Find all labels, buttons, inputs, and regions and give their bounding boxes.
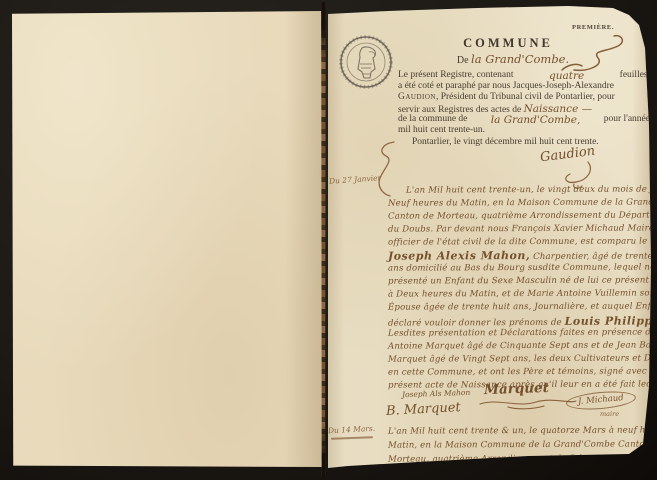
- michaud-signature-oval: J. Michaud: [565, 389, 636, 412]
- manuscript-line: Canton de Morteau, quatrième Arrondissem…: [388, 210, 657, 221]
- manuscript-line: du Doubs. Par devant nous François Xavie…: [388, 223, 657, 234]
- act-bracket-flourish-icon: [374, 138, 400, 198]
- manuscript-line: officier de l'état civil de la dite Comm…: [388, 236, 657, 247]
- preamble-text: , Président du Tribunal civil de Pontarl…: [436, 92, 615, 102]
- manuscript-line: L'an Mil huit cent trente & un, le quato…: [388, 425, 657, 436]
- left-page-blank: [12, 11, 322, 467]
- marquet-signature: Marquet: [484, 380, 549, 398]
- manuscript-line: Morteau, quatrième Arrondissement du Dép…: [388, 453, 657, 464]
- b-marquet-signature: B. Marquet: [386, 400, 461, 419]
- manuscript-line: Lesdites présentation et Déclarations fa…: [388, 327, 657, 338]
- preamble-text: feuilles,: [620, 70, 650, 82]
- mahon-signature: Joseph Als Mahon: [402, 388, 470, 399]
- royal-stamp-icon: [338, 34, 394, 90]
- manuscript-line: Neuf heures du Matin, en la Maison Commu…: [388, 197, 657, 208]
- preamble-line: Gaudion, Président du Tribunal civil de …: [398, 92, 615, 102]
- commune-name-printed: De: [457, 55, 469, 66]
- michaud-title: maire: [600, 410, 619, 418]
- manuscript-line: L'an Mil huit cent trente-un, le vingt d…: [406, 184, 657, 195]
- right-page: PREMIÈRE. COMMUNE De la Grand'Combe. Le …: [328, 6, 652, 470]
- preamble-line: mil huit cent trente-un.: [398, 125, 485, 135]
- manuscript-line: ans domicilié au Bas du Bourg susdite Co…: [388, 262, 657, 273]
- manuscript-line: à Deux heures du Matin, et de Marie Anto…: [388, 288, 655, 299]
- commune-title: COMMUNE: [408, 36, 608, 51]
- margin-note-underline: [331, 436, 373, 439]
- michaud-signature: J. Michaud: [565, 389, 636, 412]
- judge-name: Gaudion: [398, 92, 436, 102]
- manuscript-line: Joseph Alexis Mahon, Charpentier, âgé de…: [388, 248, 657, 262]
- commune-name-handwritten: la Grand'Combe.: [471, 52, 569, 66]
- manuscript-text: Charpentier, âgé de trente neuf: [533, 251, 657, 262]
- manuscript-line: Antoine Marquet âgé de Cinquante Sept an…: [388, 340, 657, 351]
- preamble-text: pour l'année: [604, 114, 650, 126]
- manuscript-line: Marquet âgé de Vingt Sept ans, les deux …: [388, 353, 657, 364]
- manuscript-line: Matin, en la Maison Commune de la Grand'…: [388, 439, 657, 450]
- child-name: Louis Philippe: [565, 314, 657, 327]
- manuscript-line: Épouse âgée de trente huit ans, Journali…: [388, 301, 657, 312]
- manuscript-line: déclaré vouloir donner les prénoms de Lo…: [388, 314, 657, 328]
- commune-handwritten: la Grand'Combe,: [491, 114, 581, 126]
- father-name: Joseph Alexis Mahon,: [388, 249, 530, 263]
- marquet-underline-flourish-icon: [478, 398, 578, 410]
- series-label: PREMIÈRE.: [572, 24, 614, 31]
- margin-note-act2-date: Du 14 Mars.: [328, 424, 376, 435]
- commune-name-line: De la Grand'Combe.: [408, 52, 618, 66]
- manuscript-line: en cette Commune, et ont les Père et tém…: [388, 366, 657, 377]
- manuscript-line: présenté un Enfant du Sexe Masculin né d…: [388, 275, 657, 286]
- manuscript-text: déclaré vouloir donner les prénoms de: [388, 318, 562, 329]
- preamble-line: a été coté et paraphé par nous Jacques-J…: [398, 81, 614, 91]
- register-photo: PREMIÈRE. COMMUNE De la Grand'Combe. Le …: [0, 0, 657, 480]
